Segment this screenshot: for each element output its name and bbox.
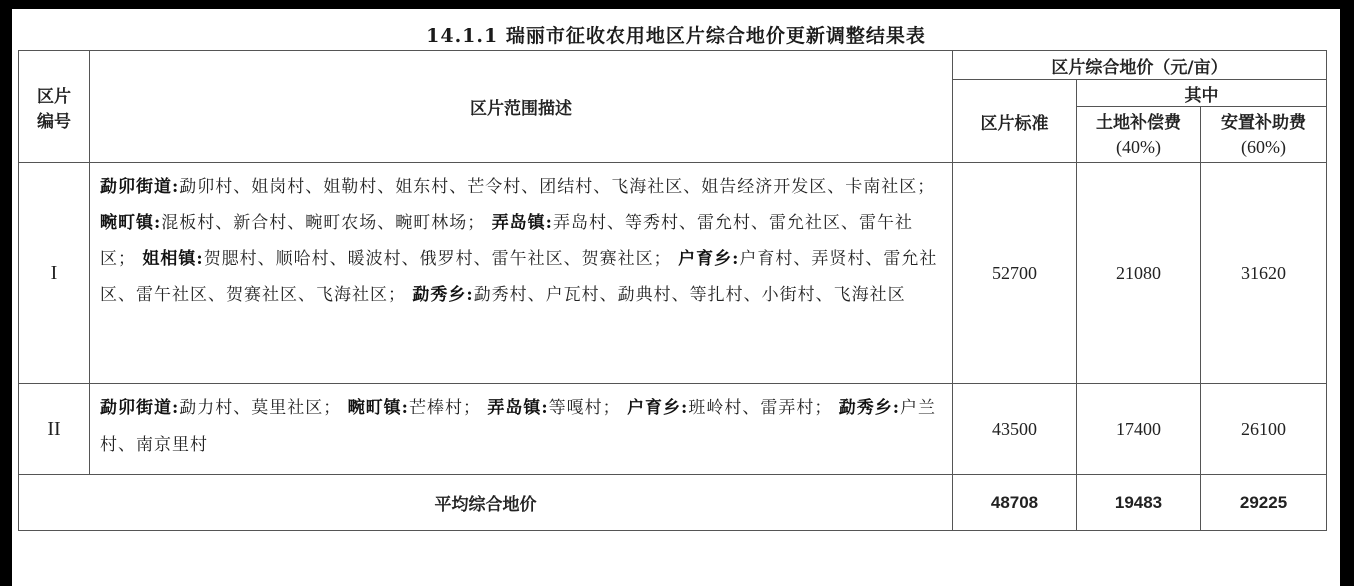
header-zone-id-line1: 区片: [19, 82, 89, 107]
average-standard-cell: 48708: [953, 475, 1077, 531]
area-places: 勐秀村、户瓦村、勐典村、等扎村、小街村、飞海社区: [474, 285, 906, 305]
table-row: II 勐卯街道:勐力村、莫里社区； 畹町镇:芒棒村； 弄岛镇:等嘎村； 户育乡:…: [19, 384, 1327, 475]
area-name: 户育乡:: [627, 398, 688, 418]
header-land-compensation: 土地补偿费 (40%): [1077, 107, 1201, 163]
area-places: 勐卯村、姐岗村、姐勒村、姐东村、芒令村、团结村、飞海社区、姐告经济开发区、卡南社…: [179, 177, 935, 197]
average-label: 平均综合地价: [19, 475, 953, 531]
header-resettlement-subsidy: 安置补助费 (60%): [1201, 107, 1327, 163]
header-land-comp-pct: (40%): [1077, 135, 1200, 159]
area-places: 贺腮村、顺哈村、暖波村、俄罗村、雷午社区、贺赛社区；: [204, 249, 672, 269]
resettle-cell: 26100: [1201, 384, 1327, 475]
resettle-cell: 31620: [1201, 163, 1327, 384]
zone-description-cell: 勐卯街道:勐卯村、姐岗村、姐勒村、姐东村、芒令村、团结村、飞海社区、姐告经济开发…: [90, 163, 953, 384]
average-resettle-cell: 29225: [1201, 475, 1327, 531]
area-places: 等嘎村；: [549, 398, 621, 418]
area-name: 勐秀乡:: [412, 285, 473, 305]
zone-id-cell: II: [19, 384, 90, 475]
area-places: 混板村、新合村、畹町农场、畹町林场；: [161, 213, 485, 233]
header-resettle-pct: (60%): [1201, 135, 1326, 159]
header-of-which: 其中: [1077, 80, 1327, 107]
area-name: 畹町镇:: [100, 213, 161, 233]
table-row: I 勐卯街道:勐卯村、姐岗村、姐勒村、姐东村、芒令村、团结村、飞海社区、姐告经济…: [19, 163, 1327, 384]
header-standard: 区片标准: [953, 80, 1077, 163]
header-land-comp-label: 土地补偿费: [1077, 111, 1200, 135]
land-comp-cell: 21080: [1077, 163, 1201, 384]
document-page: 14.1.1 瑞丽市征收农用地区片综合地价更新调整结果表 区片 编号 区片范围描…: [12, 9, 1340, 586]
table-title: 14.1.1 瑞丽市征收农用地区片综合地价更新调整结果表: [12, 21, 1340, 48]
header-description: 区片范围描述: [90, 51, 953, 163]
zone-description-cell: 勐卯街道:勐力村、莫里社区； 畹町镇:芒棒村； 弄岛镇:等嘎村； 户育乡:班岭村…: [90, 384, 953, 475]
average-land-comp-cell: 19483: [1077, 475, 1201, 531]
area-name: 勐卯街道:: [100, 177, 179, 197]
header-composite-price: 区片综合地价（元/亩）: [953, 51, 1327, 80]
area-places: 芒棒村；: [409, 398, 481, 418]
area-name: 勐卯街道:: [100, 398, 179, 418]
zone-id-cell: I: [19, 163, 90, 384]
area-places: 班岭村、雷弄村；: [688, 398, 832, 418]
standard-price-cell: 43500: [953, 384, 1077, 475]
area-name: 勐秀乡:: [839, 398, 900, 418]
header-zone-id-line2: 编号: [19, 107, 89, 132]
header-resettle-label: 安置补助费: [1201, 111, 1326, 135]
average-row: 平均综合地价 48708 19483 29225: [19, 475, 1327, 531]
standard-price-cell: 52700: [953, 163, 1077, 384]
area-name: 弄岛镇:: [492, 213, 553, 233]
header-zone-id: 区片 编号: [19, 51, 90, 163]
area-places: 勐力村、莫里社区；: [179, 398, 341, 418]
area-name: 户育乡:: [678, 249, 739, 269]
area-name: 弄岛镇:: [487, 398, 548, 418]
area-name: 畹町镇:: [348, 398, 409, 418]
land-comp-cell: 17400: [1077, 384, 1201, 475]
area-name: 姐相镇:: [142, 249, 203, 269]
land-price-table: 区片 编号 区片范围描述 区片综合地价（元/亩） 区片标准 其中 土地补偿费 (…: [18, 50, 1327, 531]
